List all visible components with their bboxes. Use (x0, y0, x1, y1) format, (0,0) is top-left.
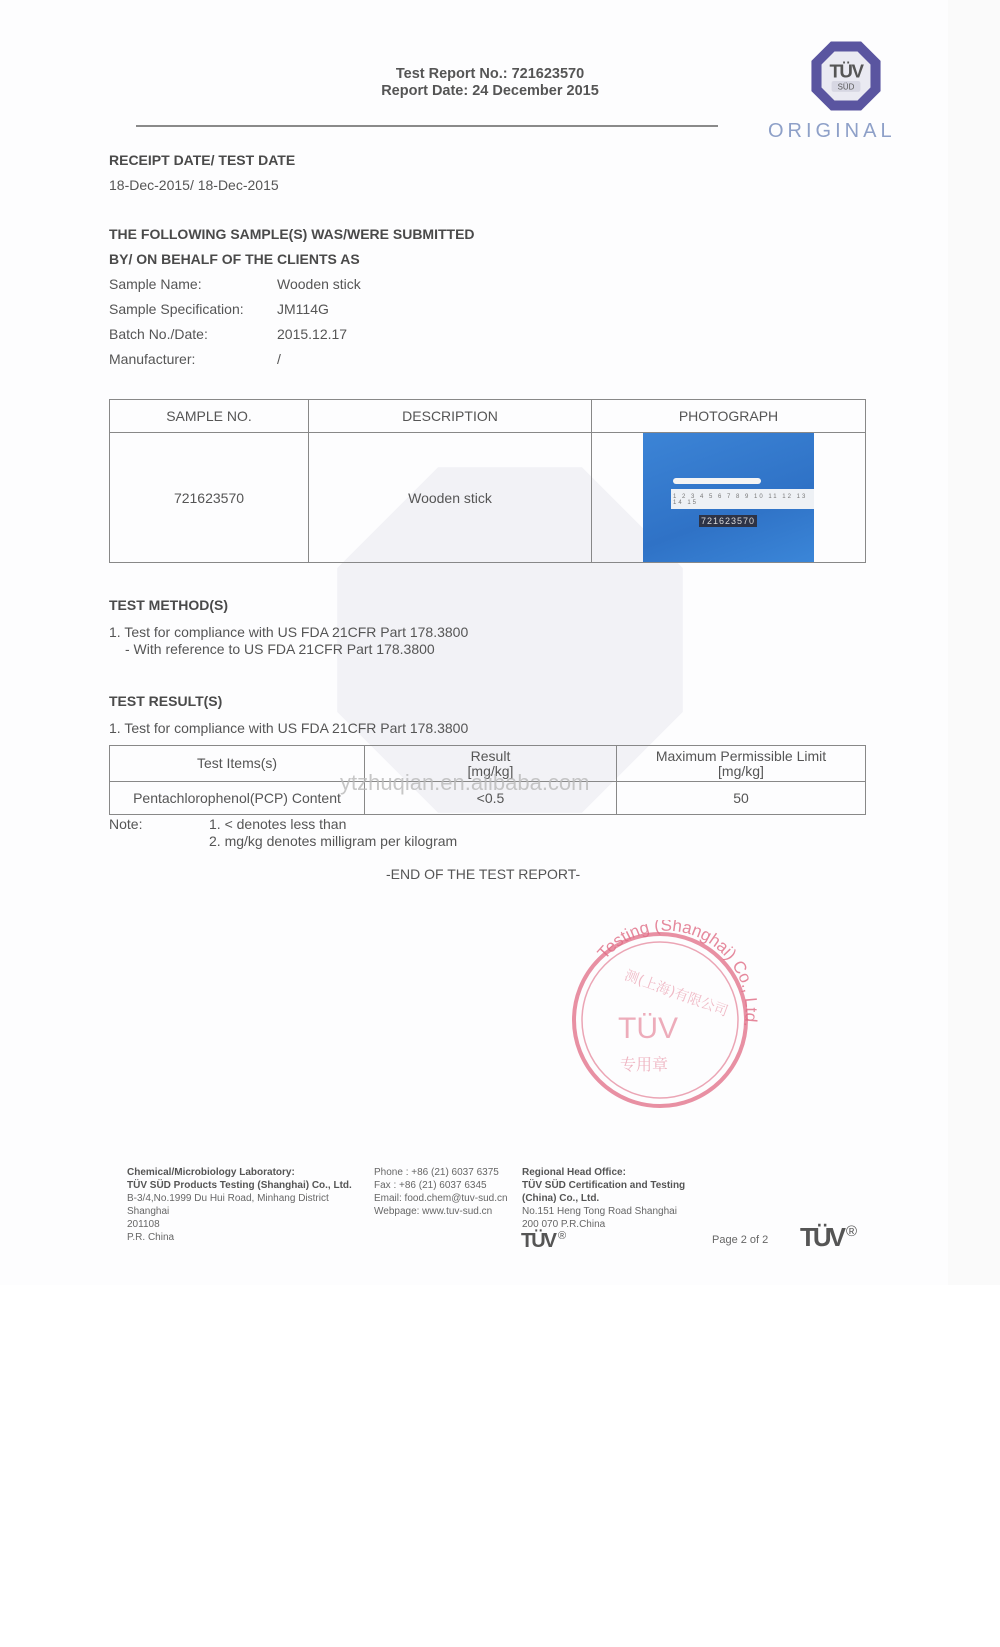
header-divider (136, 125, 718, 127)
sample-info-heading-1: THE FOLLOWING SAMPLE(S) WAS/WERE SUBMITT… (109, 226, 475, 242)
col-limit: Maximum Permissible Limit [mg/kg] (617, 746, 866, 782)
col-description: DESCRIPTION (309, 400, 592, 433)
receipt-heading: RECEIPT DATE/ TEST DATE (109, 152, 295, 168)
col-test-items: Test Items(s) (110, 746, 365, 782)
sample-name-value: Wooden stick (277, 276, 361, 292)
col-photograph: PHOTOGRAPH (592, 400, 866, 433)
lab-company: TÜV SÜD Products Testing (Shanghai) Co.,… (127, 1179, 352, 1192)
lab-address-4: P.R. China (127, 1231, 352, 1244)
svg-text:SÜD: SÜD (838, 83, 855, 92)
company-seal-icon: Testing (Shanghai) Co., Ltd. TÜV 专用章 测(上… (560, 920, 760, 1120)
head-office-company-1: TÜV SÜD Certification and Testing (522, 1179, 685, 1192)
note-1: 1. < denotes less than (209, 816, 346, 832)
test-results-line-1: 1. Test for compliance with US FDA 21CFR… (109, 720, 468, 736)
page-edge (948, 0, 1000, 1285)
report-number: Test Report No.: 721623570 (340, 66, 640, 83)
batch-value: 2015.12.17 (277, 326, 347, 342)
footer-contact: Phone : +86 (21) 6037 6375 Fax : +86 (21… (374, 1166, 508, 1218)
head-office-title: Regional Head Office: (522, 1166, 685, 1179)
report-date: Report Date: 24 December 2015 (340, 83, 640, 100)
manufacturer-value: / (277, 351, 281, 367)
photograph-cell: 1 2 3 4 5 6 7 8 9 10 11 12 13 14 15 7216… (592, 433, 866, 563)
test-method-line-1: 1. Test for compliance with US FDA 21CFR… (109, 624, 468, 640)
phone: Phone : +86 (21) 6037 6375 (374, 1166, 508, 1179)
limit-cell: 50 (617, 782, 866, 815)
tuv-sud-logo-icon: TÜV SÜD (810, 40, 882, 112)
photo-sample-tag: 721623570 (699, 515, 757, 527)
lab-address-1: B-3/4,No.1999 Du Hui Road, Minhang Distr… (127, 1192, 352, 1205)
page-number: Page 2 of 2 (712, 1234, 768, 1247)
footer-lab: Chemical/Microbiology Laboratory: TÜV SÜ… (127, 1166, 352, 1244)
note-label: Note: (109, 816, 142, 832)
lab-title: Chemical/Microbiology Laboratory: (127, 1166, 352, 1179)
report-header: Test Report No.: 721623570 Report Date: … (340, 66, 640, 100)
note-2: 2. mg/kg denotes milligram per kilogram (209, 833, 457, 849)
report-page: Test Report No.: 721623570 Report Date: … (0, 0, 948, 1285)
sample-spec-label: Sample Specification: (109, 301, 244, 317)
watermark-text: ytzhuqian.en.alibaba.com (340, 770, 590, 796)
sample-spec-value: JM114G (277, 301, 329, 317)
receipt-value: 18-Dec-2015/ 18-Dec-2015 (109, 177, 279, 193)
sample-name-label: Sample Name: (109, 276, 202, 292)
end-of-report: -END OF THE TEST REPORT- (386, 866, 580, 882)
test-results-heading: TEST RESULT(S) (109, 693, 222, 709)
test-method-line-2: - With reference to US FDA 21CFR Part 17… (125, 641, 435, 657)
svg-text:TÜV: TÜV (829, 60, 864, 81)
email: Email: food.chem@tuv-sud.cn (374, 1192, 508, 1205)
ruler-image: 1 2 3 4 5 6 7 8 9 10 11 12 13 14 15 (671, 489, 814, 509)
col-sample-no: SAMPLE NO. (110, 400, 309, 433)
fax: Fax : +86 (21) 6037 6345 (374, 1179, 508, 1192)
tuv-mark-small: TÜV® (521, 1230, 566, 1253)
svg-text:专用章: 专用章 (620, 1055, 668, 1074)
svg-text:TÜV: TÜV (618, 1012, 678, 1045)
head-office-address-1: No.151 Heng Tong Road Shanghai (522, 1205, 685, 1218)
test-methods-heading: TEST METHOD(S) (109, 597, 228, 613)
table-row: 721623570 Wooden stick 1 2 3 4 5 6 7 8 9… (110, 433, 866, 563)
sample-info-heading-2: BY/ ON BEHALF OF THE CLIENTS AS (109, 251, 360, 267)
sample-table: SAMPLE NO. DESCRIPTION PHOTOGRAPH 721623… (109, 399, 866, 563)
batch-label: Batch No./Date: (109, 326, 208, 342)
original-stamp: ORIGINAL (768, 120, 896, 143)
footer-head-office: Regional Head Office: TÜV SÜD Certificat… (522, 1166, 685, 1231)
test-item-cell: Pentachlorophenol(PCP) Content (110, 782, 365, 815)
webpage: Webpage: www.tuv-sud.cn (374, 1205, 508, 1218)
manufacturer-label: Manufacturer: (109, 351, 195, 367)
description-cell: Wooden stick (309, 433, 592, 563)
sample-photo: 1 2 3 4 5 6 7 8 9 10 11 12 13 14 15 7216… (643, 433, 814, 562)
wooden-stick-image (673, 478, 761, 484)
sample-no-cell: 721623570 (110, 433, 309, 563)
head-office-company-2: (China) Co., Ltd. (522, 1192, 685, 1205)
lab-address-2: Shanghai (127, 1205, 352, 1218)
lab-address-3: 201108 (127, 1218, 352, 1231)
tuv-mark-large: TÜV® (800, 1222, 857, 1253)
